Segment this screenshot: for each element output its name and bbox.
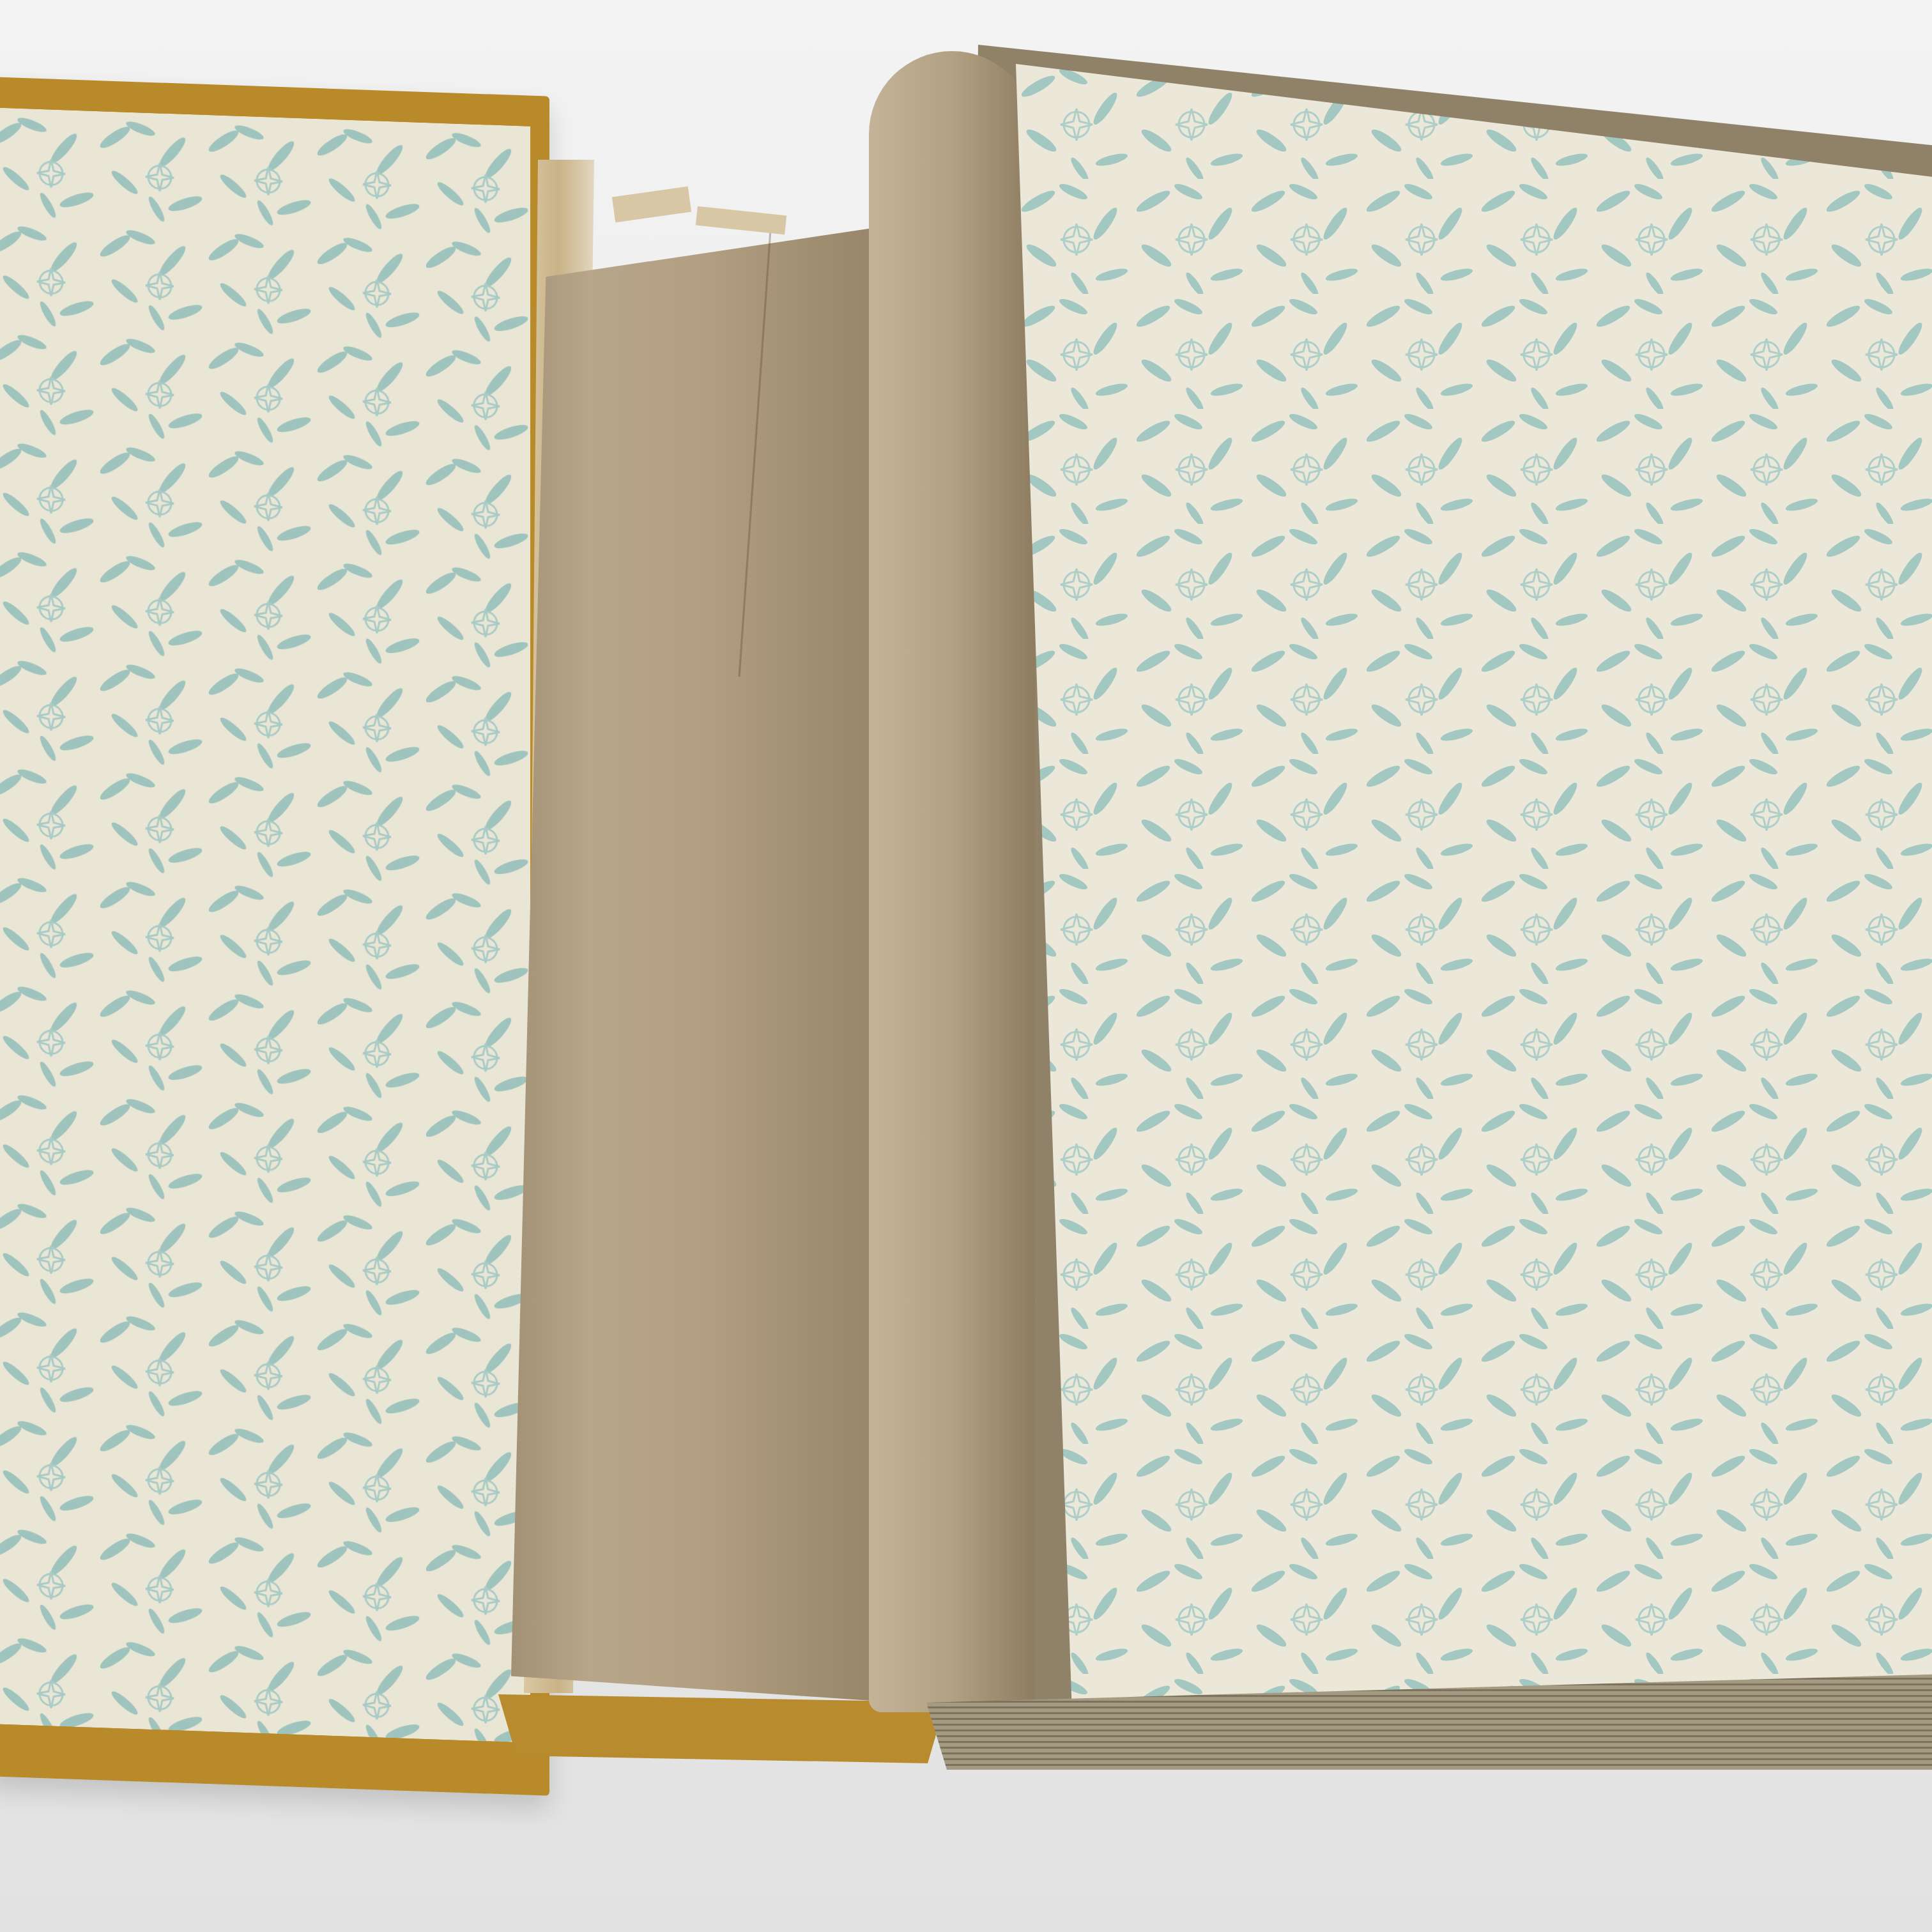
floral-pattern-icon xyxy=(1016,64,1932,1706)
book-photo-scene xyxy=(0,0,1932,1932)
floral-pattern-icon xyxy=(0,107,530,1743)
left-floral-pastedown xyxy=(0,107,530,1743)
curled-spine-edge xyxy=(869,51,1035,1712)
right-floral-pastedown xyxy=(1016,64,1932,1706)
